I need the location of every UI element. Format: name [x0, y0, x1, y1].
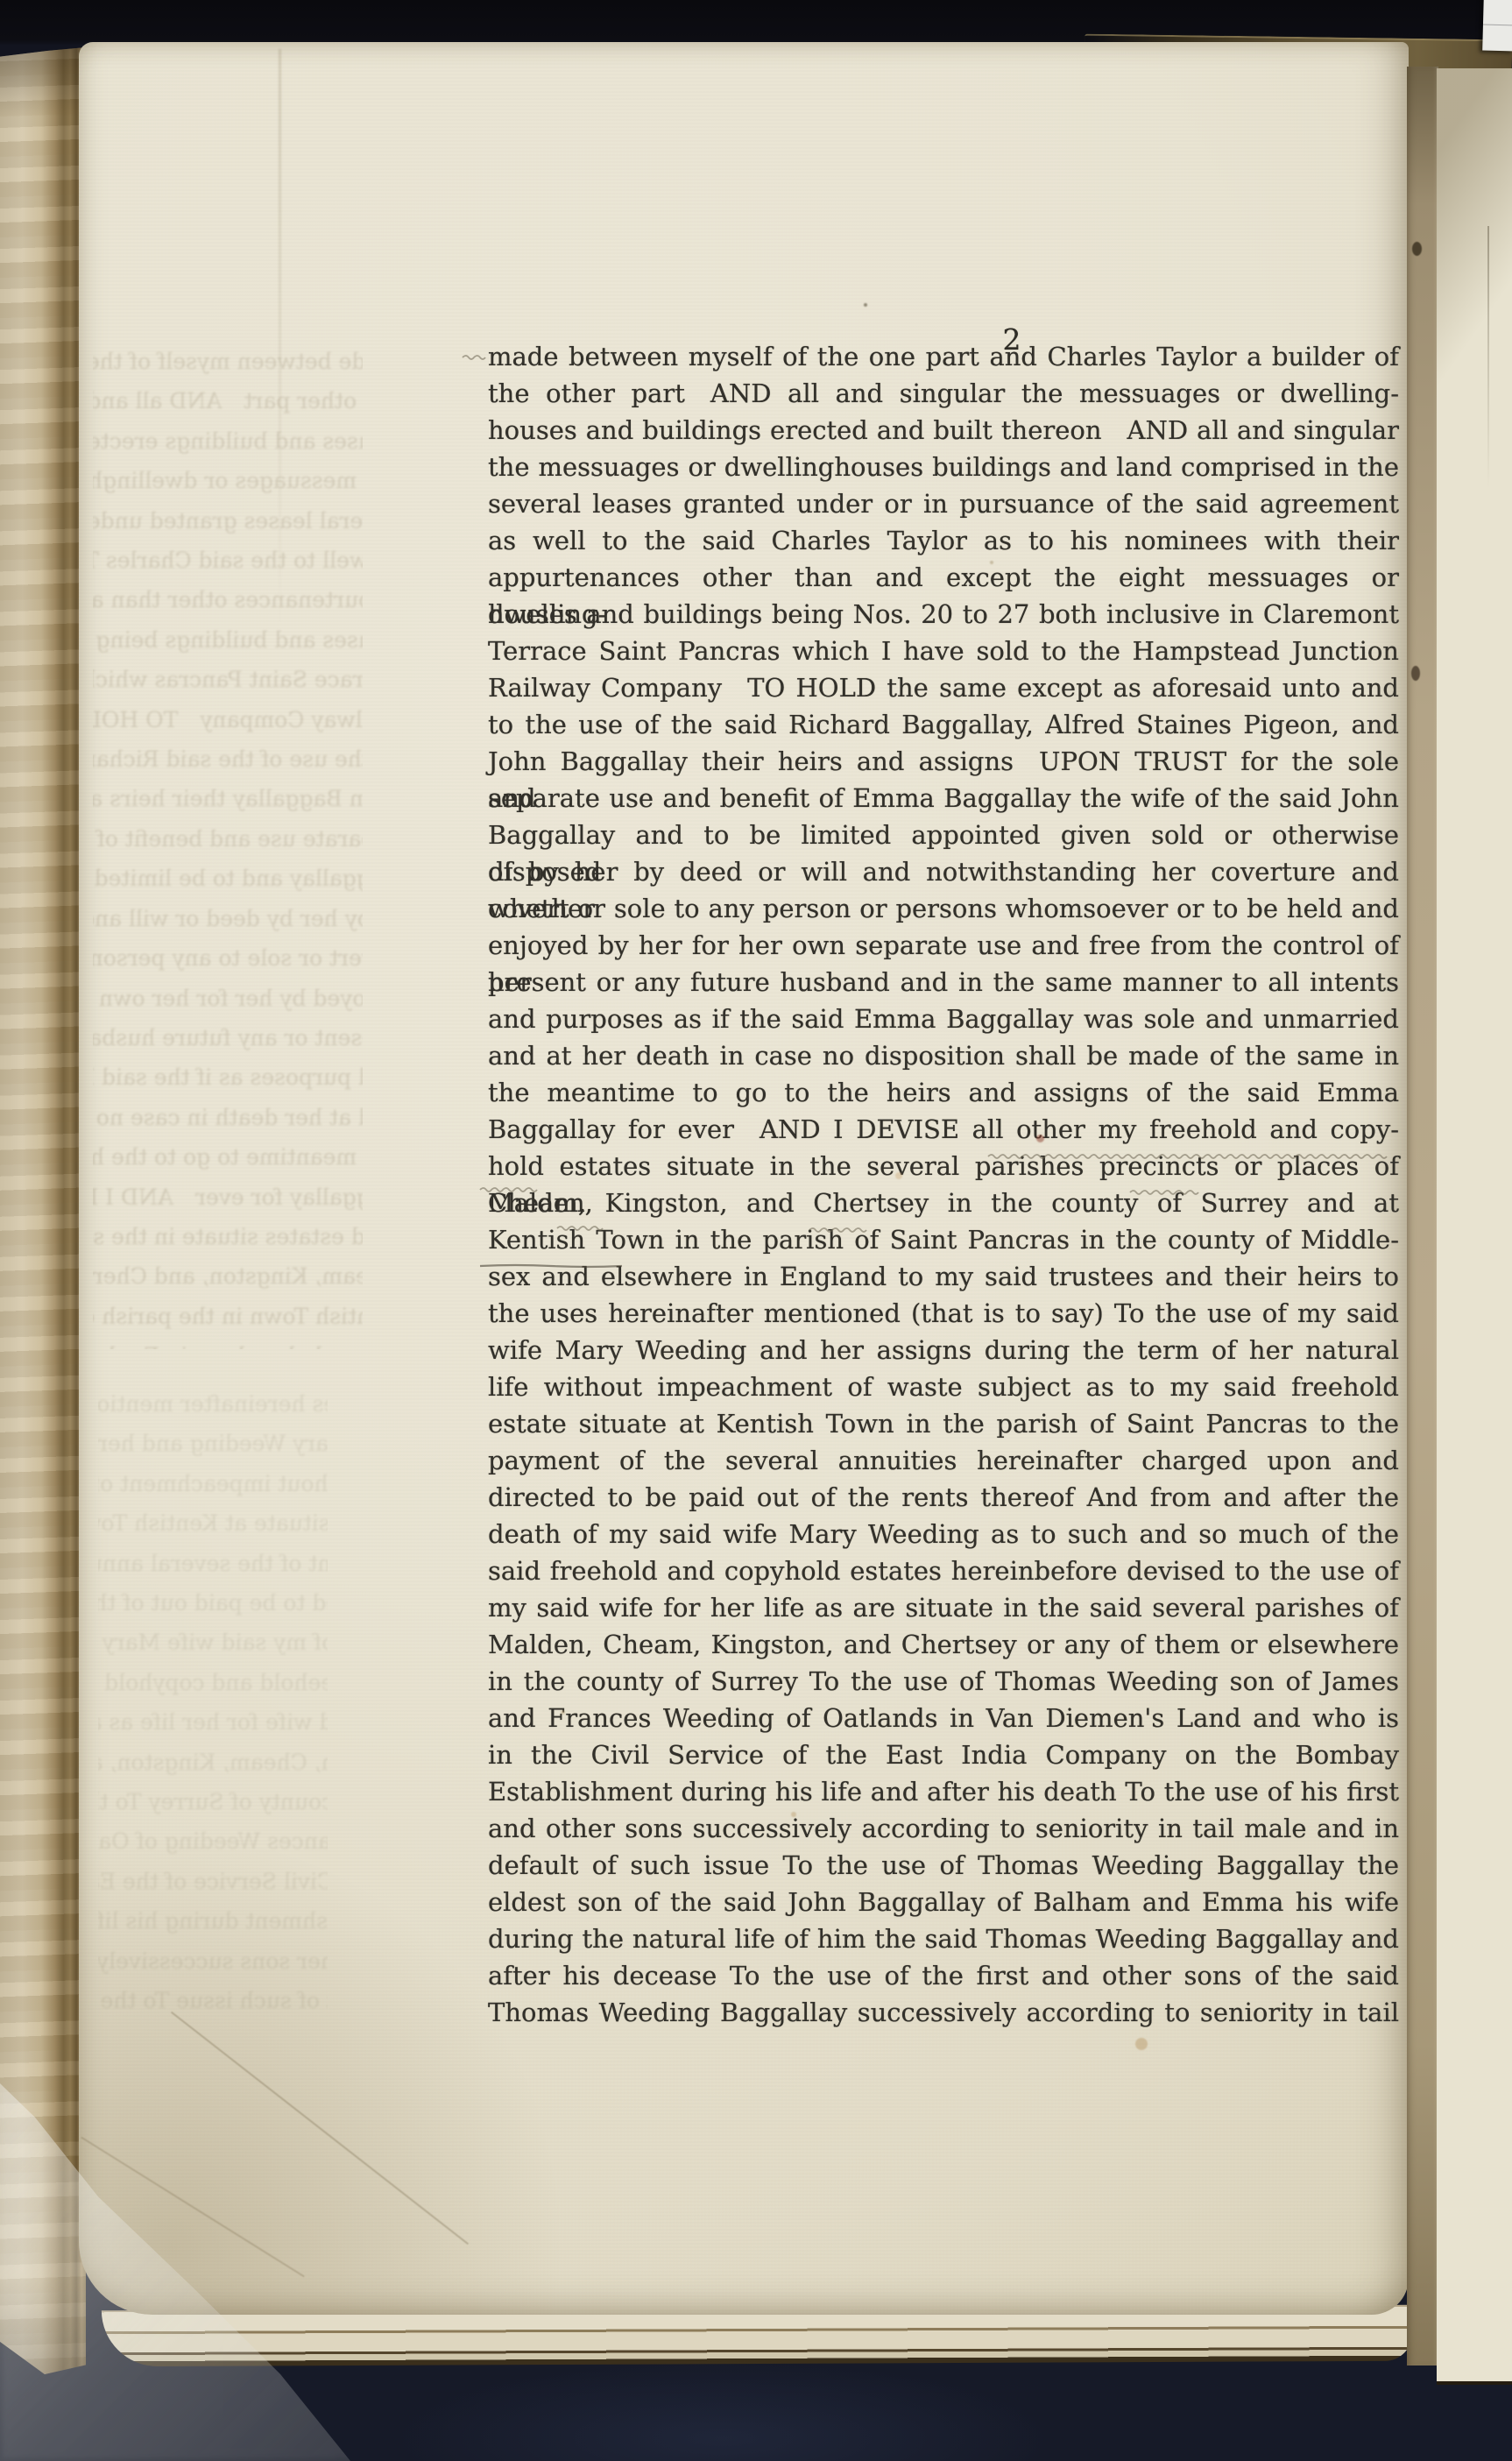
text-line: Baggallay and to be limited appointed gi…	[488, 817, 1399, 853]
text-line: my said wife for her life as are situate…	[488, 1589, 1399, 1626]
text-line: covert or sole to any person or persons …	[488, 890, 1399, 927]
foxing-spot	[895, 1172, 902, 1179]
pencil-squiggle	[463, 354, 485, 361]
body-text-block: made between myself of the one part and …	[488, 338, 1399, 2031]
text-line: Cheam, Kingston, and Chertsey in the cou…	[488, 1185, 1399, 1221]
foxing-spot	[791, 1812, 796, 1817]
pencil-squiggle	[809, 1227, 858, 1234]
text-line: present or any future husband and in the…	[488, 964, 1399, 1001]
text-line: and Frances Weeding of Oatlands in Van D…	[488, 1700, 1399, 1736]
text-line: several leases granted under or in pursu…	[488, 485, 1399, 522]
pencil-squiggle	[1130, 1189, 1197, 1196]
text-line: payment of the several annuities hereina…	[488, 1442, 1399, 1479]
foxing-spot	[864, 303, 867, 307]
show-through-text: made between myself of the one part and …	[93, 342, 363, 1349]
corner-fold-line	[171, 2012, 469, 2245]
text-line: Baggallay for ever AND I DEVISE all othe…	[488, 1111, 1399, 1148]
text-line: sex and elsewhere in England to my said …	[488, 1258, 1399, 1295]
book-gutter	[1407, 67, 1438, 2366]
text-line: enjoyed by her for her own separate use …	[488, 927, 1399, 964]
text-line: wife Mary Weeding and her assigns during…	[488, 1332, 1399, 1368]
text-line: life without impeachment of waste subjec…	[488, 1368, 1399, 1405]
text-line: directed to be paid out of the rents the…	[488, 1479, 1399, 1516]
text-line: and at her death in case no disposition …	[488, 1037, 1399, 1074]
text-line: the messuages or dwellinghouses building…	[488, 449, 1399, 485]
text-line: as well to the said Charles Taylor as to…	[488, 522, 1399, 559]
text-line: to the use of the said Richard Baggallay…	[488, 706, 1399, 743]
paper-crease	[279, 49, 281, 627]
text-line: said freehold and copyhold estates herei…	[488, 1552, 1399, 1589]
text-line: the uses hereinafter mentioned (that is …	[488, 1295, 1399, 1332]
text-line: in the Civil Service of the East India C…	[488, 1736, 1399, 1773]
pencil-squiggle	[480, 1186, 529, 1193]
left-page-edges	[0, 47, 86, 2374]
foxing-spot	[1135, 2038, 1148, 2050]
text-line: John Baggallay their heirs and assigns U…	[488, 743, 1399, 780]
text-line: Terrace Saint Pancras which I have sold …	[488, 633, 1399, 669]
pencil-underline	[480, 1263, 622, 1269]
text-line: eldest son of the said John Baggallay of…	[488, 1884, 1399, 1920]
text-line: estate situate at Kentish Town in the pa…	[488, 1405, 1399, 1442]
gutter-speck	[1411, 666, 1420, 681]
corner-fold-line	[81, 2137, 304, 2278]
text-line: separate use and benefit of Emma Baggall…	[488, 780, 1399, 817]
gutter-speck	[1412, 242, 1422, 256]
foxing-spot	[1036, 1135, 1044, 1142]
text-line: Thomas Weeding Baggallay successively ac…	[488, 1994, 1399, 2031]
text-line: Kentish Town in the parish of Saint Panc…	[488, 1221, 1399, 1258]
scanned-page: made between myself of the one part and …	[79, 42, 1409, 2315]
text-line: the meantime to go to the heirs and assi…	[488, 1074, 1399, 1111]
text-line: the other part AND all and singular the …	[488, 375, 1399, 412]
text-line: of by her by deed or will and notwithsta…	[488, 853, 1399, 890]
book-scan-photo: made between myself of the one part and …	[0, 0, 1512, 2461]
foxing-spot	[990, 561, 993, 564]
text-line: Establishment during his life and after …	[488, 1773, 1399, 1810]
facing-page-edge	[1437, 68, 1512, 2385]
text-line: after his decease To the use of the firs…	[488, 1957, 1399, 1994]
text-line: during the natural life of him the said …	[488, 1920, 1399, 1957]
shelf-label	[1482, 0, 1512, 51]
text-line: death of my said wife Mary Weeding as to…	[488, 1516, 1399, 1552]
show-through-text: the uses hereinafter mentioned (that is …	[98, 1384, 328, 2024]
text-line: default of such issue To the use of Thom…	[488, 1847, 1399, 1884]
text-line: and other sons successively according to…	[488, 1810, 1399, 1847]
foxing-spot	[561, 1710, 565, 1715]
text-line: and purposes as if the said Emma Baggall…	[488, 1001, 1399, 1037]
text-line: houses and buildings being Nos. 20 to 27…	[488, 596, 1399, 633]
pencil-squiggle	[557, 1225, 603, 1232]
pencil-squiggle	[988, 1153, 1381, 1160]
text-line: in the county of Surrey To the use of Th…	[488, 1663, 1399, 1700]
text-line: Railway Company TO HOLD the same except …	[488, 669, 1399, 706]
text-line: Malden, Cheam, Kingston, and Chertsey or…	[488, 1626, 1399, 1663]
text-line: appurtenances other than and except the …	[488, 559, 1399, 596]
text-line: houses and buildings erected and built t…	[488, 412, 1399, 449]
text-line: made between myself of the one part and …	[488, 338, 1399, 375]
